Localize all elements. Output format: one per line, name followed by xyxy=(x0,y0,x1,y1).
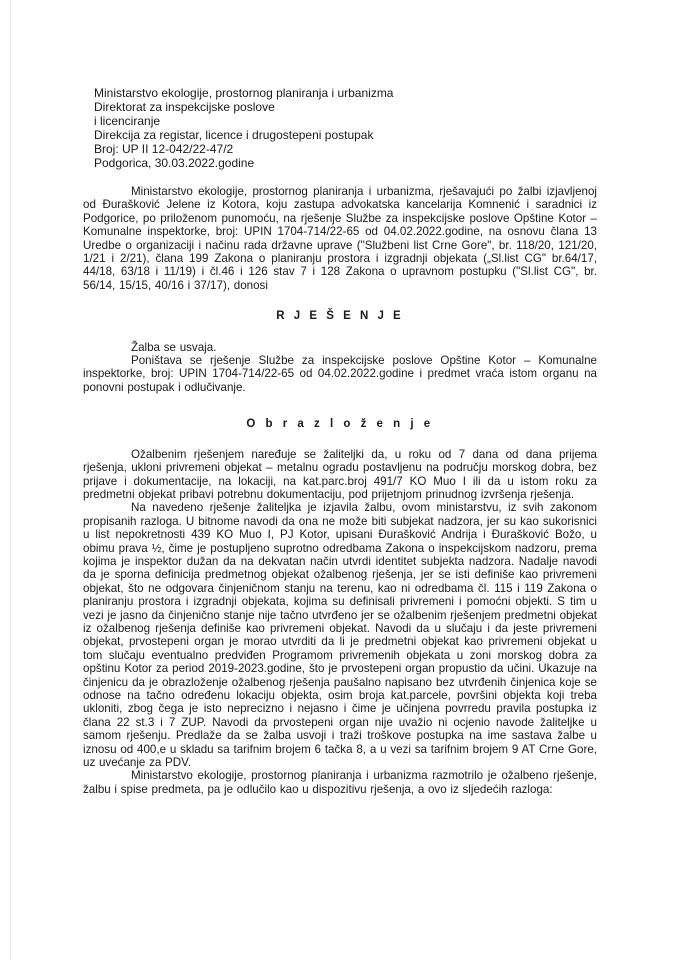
decision-paragraph-1: Žalba se usvaja. xyxy=(83,341,597,354)
document-header: Ministarstvo ekologije, prostornog plani… xyxy=(94,86,597,170)
intro-paragraph: Ministarstvo ekologije, prostornog plani… xyxy=(83,185,597,292)
decision-paragraph-2: Poništava se rješenje Službe za inspekci… xyxy=(83,354,597,394)
reasoning-paragraph-3: Ministarstvo ekologije, prostornog plani… xyxy=(83,769,597,796)
decision-title: R J E Š E N J E xyxy=(83,310,597,323)
header-case-number: Broj: UP II 12-042/22-47/2 xyxy=(94,142,597,156)
header-directorate: Direktorat za inspekcijske poslove xyxy=(94,100,597,114)
document-page: Ministarstvo ekologije, prostornog plani… xyxy=(83,86,597,796)
header-division: Direkcija za registar, licence i drugost… xyxy=(94,128,597,142)
page-edge-line xyxy=(10,0,11,960)
reasoning-paragraph-2: Na navedeno rješenje žaliteljka je izjav… xyxy=(83,501,597,769)
reasoning-paragraph-1: Ožalbenim rješenjem naređuje se žalitelj… xyxy=(83,448,597,502)
header-ministry: Ministarstvo ekologije, prostornog plani… xyxy=(94,86,597,100)
reasoning-title: O b r a z l o ž e n j e xyxy=(83,418,597,431)
header-directorate-cont: i licenciranje xyxy=(94,114,597,128)
header-place-date: Podgorica, 30.03.2022.godine xyxy=(94,156,597,170)
